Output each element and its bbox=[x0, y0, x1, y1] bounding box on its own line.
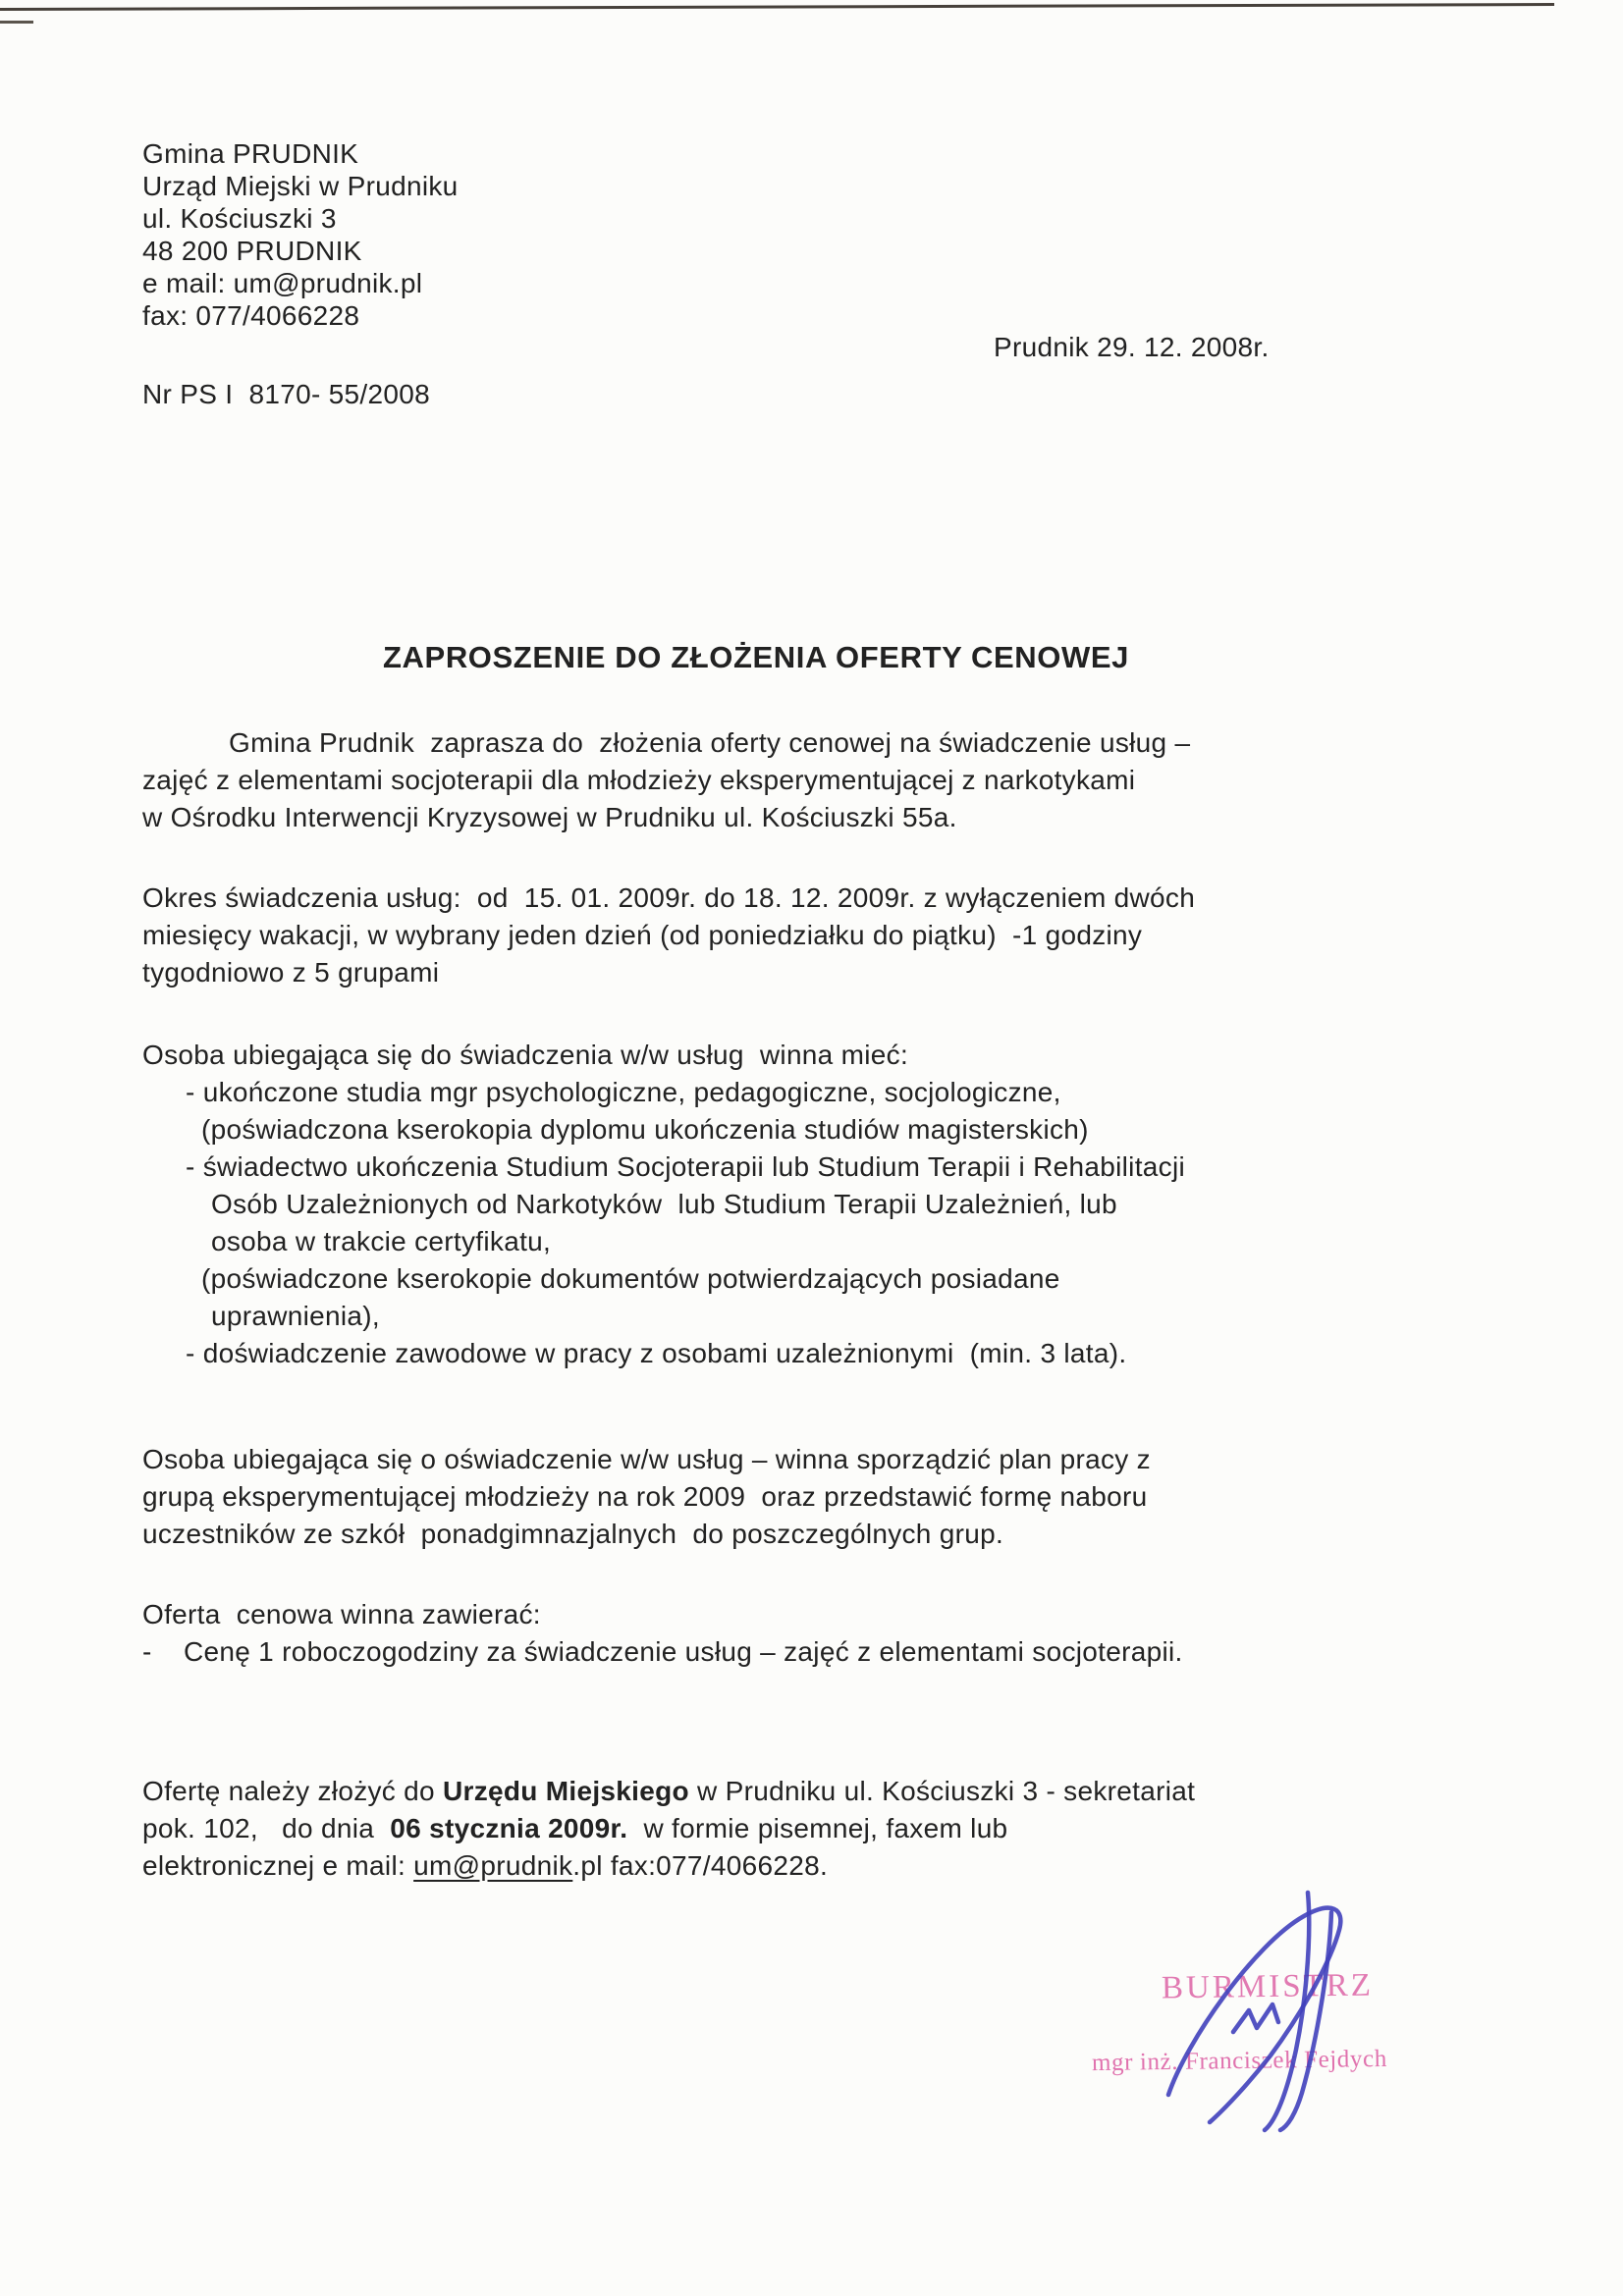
scan-artifact-top-line bbox=[0, 3, 1554, 11]
paragraph-offer-contents: Oferta cenowa winna zawierać: - Cenę 1 r… bbox=[142, 1596, 1463, 1671]
paragraph-submission: Ofertę należy złożyć do Urzędu Miejskieg… bbox=[142, 1773, 1463, 1885]
sender-name: Gmina PRUDNIK bbox=[142, 137, 459, 170]
closing-text: w formie pisemnej, faxem lub bbox=[627, 1813, 1007, 1843]
closing-text: elektronicznej e mail: bbox=[142, 1850, 413, 1881]
closing-bold-deadline: 06 stycznia 2009r. bbox=[390, 1813, 627, 1843]
text-line: Ofertę należy złożyć do Urzędu Miejskieg… bbox=[142, 1773, 1463, 1810]
closing-text: w Prudniku ul. Kościuszki 3 - sekretaria… bbox=[689, 1776, 1195, 1806]
text-line: elektronicznej e mail: um@prudnik.pl fax… bbox=[142, 1847, 1463, 1885]
requirement-item: (poświadczone kserokopie dokumentów potw… bbox=[142, 1260, 1463, 1298]
sender-email: e mail: um@prudnik.pl bbox=[142, 267, 459, 299]
sender-fax: fax: 077/4066228 bbox=[142, 299, 459, 332]
requirement-item: - doświadczenie zawodowe w pracy z osoba… bbox=[142, 1335, 1463, 1372]
sender-office: Urząd Miejski w Prudniku bbox=[142, 170, 459, 202]
handwritten-signature bbox=[1139, 1887, 1350, 2134]
closing-text: .pl fax:077/4066228. bbox=[572, 1850, 828, 1881]
requirement-item: - ukończone studia mgr psychologiczne, p… bbox=[142, 1074, 1463, 1111]
closing-bold-office: Urzędu Miejskiego bbox=[443, 1776, 689, 1806]
text-line: Osoba ubiegająca się o oświadczenie w/w … bbox=[142, 1441, 1463, 1478]
text-line: Gmina Prudnik zaprasza do złożenia ofert… bbox=[142, 724, 1463, 762]
requirements-heading: Osoba ubiegająca się do świadczenia w/w … bbox=[142, 1037, 1463, 1074]
sender-street: ul. Kościuszki 3 bbox=[142, 202, 459, 235]
text-line: Okres świadczenia usług: od 15. 01. 2009… bbox=[142, 880, 1463, 917]
text-line: tygodniowo z 5 grupami bbox=[142, 954, 1463, 991]
offer-heading: Oferta cenowa winna zawierać: bbox=[142, 1596, 1463, 1633]
paragraph-service-period: Okres świadczenia usług: od 15. 01. 2009… bbox=[142, 880, 1463, 991]
sender-address-block: Gmina PRUDNIK Urząd Miejski w Prudniku u… bbox=[142, 137, 459, 332]
sender-postal-city: 48 200 PRUDNIK bbox=[142, 235, 459, 267]
requirement-item: uprawnienia), bbox=[142, 1298, 1463, 1335]
closing-email-underlined: um@prudnik bbox=[413, 1850, 572, 1881]
document-title: ZAPROSZENIE DO ZŁOŻENIA OFERTY CENOWEJ bbox=[142, 640, 1370, 675]
text-line: miesięcy wakacji, w wybrany jeden dzień … bbox=[142, 917, 1463, 954]
text-line: uczestników ze szkół ponadgimnazjalnych … bbox=[142, 1516, 1463, 1553]
paragraph-work-plan: Osoba ubiegająca się o oświadczenie w/w … bbox=[142, 1441, 1463, 1553]
offer-item: - Cenę 1 roboczogodziny za świadczenie u… bbox=[142, 1633, 1463, 1671]
text-line: grupą eksperymentującej młodzieży na rok… bbox=[142, 1478, 1463, 1516]
closing-text: pok. 102, do dnia bbox=[142, 1813, 390, 1843]
place-and-date: Prudnik 29. 12. 2008r. bbox=[994, 332, 1270, 363]
text-line: zajęć z elementami socjoterapii dla młod… bbox=[142, 762, 1463, 799]
requirement-item: - świadectwo ukończenia Studium Socjoter… bbox=[142, 1148, 1463, 1186]
reference-number: Nr PS I 8170- 55/2008 bbox=[142, 379, 430, 410]
requirement-item: Osób Uzależnionych od Narkotyków lub Stu… bbox=[142, 1186, 1463, 1223]
paragraph-intro: Gmina Prudnik zaprasza do złożenia ofert… bbox=[142, 724, 1463, 836]
closing-text: Ofertę należy złożyć do bbox=[142, 1776, 443, 1806]
requirement-item: osoba w trakcie certyfikatu, bbox=[142, 1223, 1463, 1260]
scan-artifact-left-stub bbox=[0, 21, 33, 24]
text-line: pok. 102, do dnia 06 stycznia 2009r. w f… bbox=[142, 1810, 1463, 1847]
scanned-letter-page: Gmina PRUDNIK Urząd Miejski w Prudniku u… bbox=[0, 0, 1623, 2296]
requirement-item: (poświadczona kserokopia dyplomu ukończe… bbox=[142, 1111, 1463, 1148]
paragraph-requirements: Osoba ubiegająca się do świadczenia w/w … bbox=[142, 1037, 1463, 1372]
text-line: w Ośrodku Interwencji Kryzysowej w Prudn… bbox=[142, 799, 1463, 836]
